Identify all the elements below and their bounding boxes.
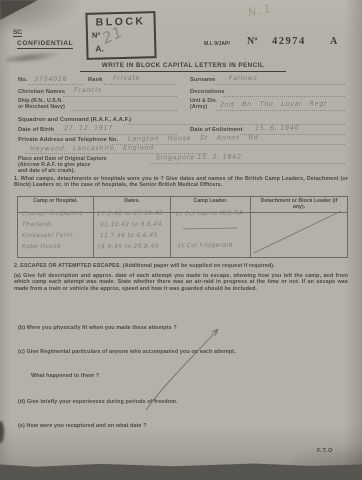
field-value-christian-names: Francis	[74, 86, 102, 94]
field-label-christian-names: Christian Names	[18, 89, 65, 95]
table-row-camp-4: Kobe House	[22, 244, 61, 250]
table-row-dates-2: 31.10.42 to 9.6.44	[100, 222, 162, 229]
field-label-dob: Date of Birth	[18, 127, 54, 133]
form-title: WRITE IN BLOCK CAPITAL LETTERS IN PENCIL	[80, 62, 286, 72]
table-row-leader-1: Lt Col Harris M/C RA	[176, 211, 243, 218]
question-2d-text: (d) Give briefly your experiences during…	[18, 399, 318, 405]
table-body-detachment	[251, 213, 347, 257]
table-row-dates-1: 17.2.42 to 27.10.42	[97, 211, 163, 218]
field-value-rank: Private	[113, 74, 140, 82]
field-line-squadron	[124, 123, 345, 125]
question-2e-text: (e) How were you recaptured and on what …	[18, 423, 318, 429]
field-value-capture: Singapore 15. 2. 1942	[156, 153, 242, 162]
field-label-squadron: Squadron and Command (R.A.F., A.A.F.)	[18, 117, 131, 123]
field-label-unit-2: (Army)	[190, 105, 207, 111]
field-line-christian-names	[63, 95, 177, 97]
form-no-symbol: Nº	[247, 36, 258, 47]
field-value-address-1: Langton House St Annes Rd	[128, 133, 259, 142]
table-row-camp-2: Thailand,	[22, 222, 53, 228]
field-line-no	[29, 83, 83, 85]
field-value-unit: 2nd Bn The Loyal Regt	[220, 99, 327, 108]
field-label-rank: Rank	[88, 77, 103, 83]
field-line-rank	[104, 83, 176, 85]
field-value-enlistment: 15. 6. 1940	[255, 124, 299, 132]
table-row-leader-4: Lt Col Fitzgerald	[178, 243, 233, 250]
field-line-surname	[214, 83, 345, 85]
stamp-prefix-letter: A.	[95, 43, 104, 53]
field-label-enlistment: Date of Enlistment	[190, 127, 243, 133]
table-row-dates-4: 14.6.45 to 29.8.45	[97, 244, 159, 251]
table-row-dates-3: 11.7.44 to 6.6.45	[100, 233, 158, 240]
form-series-letter: A	[330, 36, 337, 47]
field-label-ship-2: or Merchant Navy)	[18, 105, 65, 111]
pencil-smudge	[6, 49, 63, 65]
field-value-dob: 27. 12. 1917	[64, 124, 113, 133]
question-1-text: 1. What camps, detachments or hospitals …	[14, 176, 348, 189]
field-line-decorations	[222, 95, 345, 97]
table-header-detachment: Detachment or Block Leader (if any).	[251, 197, 347, 213]
field-label-address: Private Address and Telephone No.	[18, 137, 118, 143]
question-2b-text: (b) Were you physically fit when you mad…	[18, 325, 318, 331]
table-row-camp-1: Changi, Singapore	[22, 211, 83, 218]
field-value-surname: Fallows	[229, 74, 258, 82]
scanned-pow-questionnaire: { "colors": { "paper": "#b6b1a8", "ink":…	[0, 0, 362, 480]
table-body-leader	[171, 213, 251, 257]
confidential-label: CONFIDENTIAL	[17, 40, 73, 49]
turn-over-note: F.T.O	[317, 448, 333, 454]
table-row-camp-3: Kinkaseki Form.	[22, 233, 75, 240]
field-label-no: No.	[18, 77, 28, 83]
field-line-unit	[216, 109, 345, 111]
form-ref-prefix: M.I. 9/JAP/	[204, 41, 230, 47]
field-value-no: 3754016	[34, 75, 67, 83]
paper-sheet: SC CONFIDENTIAL BLOCK Nº A. 21 M.I. 9/JA…	[0, 0, 362, 471]
question-2c2-text: What happened to them ?	[31, 373, 231, 379]
field-label-surname: Surname	[190, 77, 216, 83]
question-2c-text: (c) Give Regimental particulars of anyon…	[18, 349, 338, 355]
section-cross-out-arrow	[146, 329, 218, 410]
field-line-capture	[150, 162, 345, 164]
field-label-capture-3: and date of a/c crash).	[18, 169, 75, 175]
field-label-decorations: Decorations	[190, 89, 225, 95]
field-line-ship	[70, 109, 177, 111]
field-value-address-2: Heywood, Lancashire, England.	[30, 143, 157, 152]
form-serial-number: 42974	[272, 36, 306, 47]
pencil-scribble-topright: N.1	[247, 2, 274, 20]
classification-mark: SC	[13, 29, 22, 37]
question-2-heading: 2. ESCAPES OR ATTEMPTED ESCAPES. (Additi…	[14, 263, 348, 269]
question-2a-text: (a) Give full description and approx. da…	[14, 273, 348, 292]
